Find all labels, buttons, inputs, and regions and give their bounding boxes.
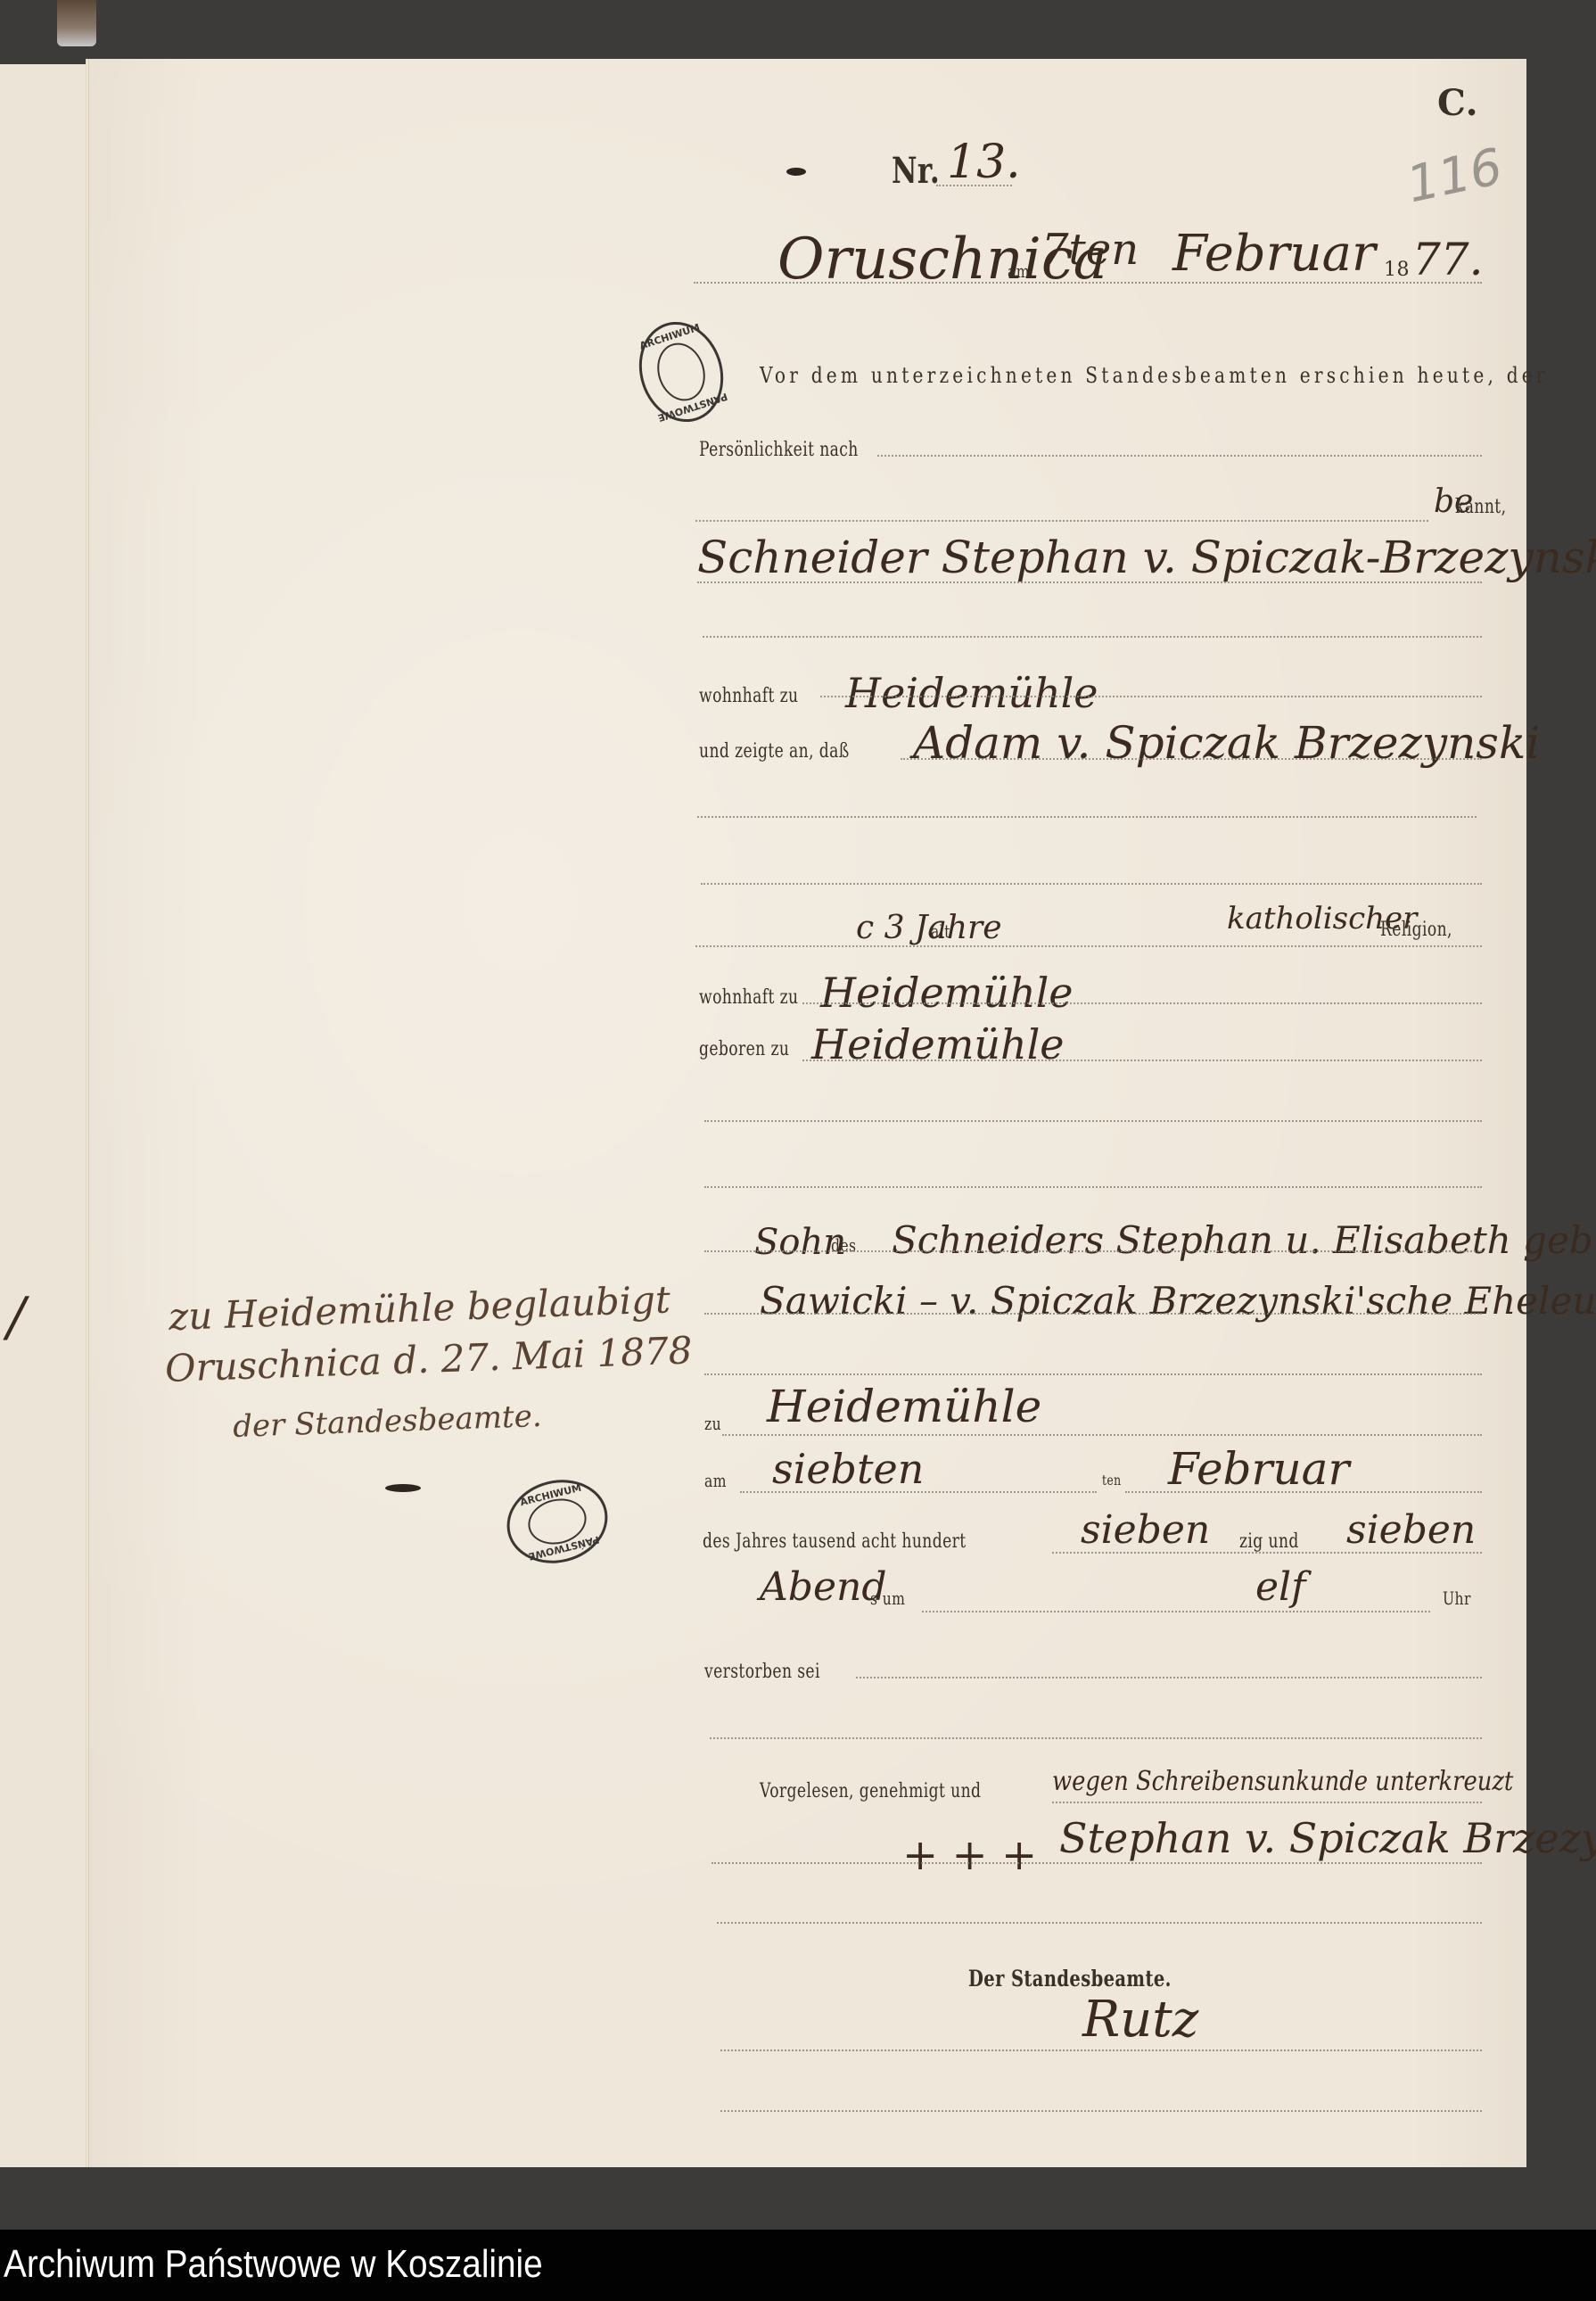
blank-line-2 <box>704 1186 1482 1188</box>
entry-number-value: 13. <box>947 136 1021 189</box>
ten-label: ten <box>1102 1472 1122 1489</box>
persoenlichkeit-label: Persönlichkeit nach <box>699 439 859 461</box>
age-value: c 3 Jahre <box>856 910 1002 946</box>
bekannt-label: kannt, <box>1455 496 1506 518</box>
deceased-line <box>901 758 1482 760</box>
officer-signature: Rutz <box>1082 1991 1198 2049</box>
parents-des-label: des <box>831 1234 856 1256</box>
signature-marks: + + + <box>902 1830 1037 1880</box>
deceased-name: Adam v. Spiczak Brzezynski <box>913 717 1540 769</box>
vorgelesen-label: Vorgelesen, genehmigt und <box>760 1780 981 1802</box>
vorgelesen-line <box>1052 1802 1482 1803</box>
wohnhaft-label-2: wohnhaft zu <box>699 986 798 1009</box>
death-hour: elf <box>1255 1564 1305 1610</box>
ink-mark <box>385 1484 421 1492</box>
informant-signature: Stephan v. Spiczak Brzezy <box>1059 1814 1596 1862</box>
uhr-label: Uhr <box>1443 1588 1471 1609</box>
entry-number-label: Nr. <box>892 150 940 192</box>
verstorben-label: verstorben sei <box>704 1661 820 1683</box>
alt-label: alt <box>931 920 950 942</box>
parents-line-1-rule <box>704 1250 1482 1252</box>
age-religion-line <box>695 945 1482 947</box>
date-line <box>694 282 1482 284</box>
wohnhaft-line-2 <box>802 1002 1482 1004</box>
year-units: sieben <box>1346 1507 1476 1553</box>
archive-footer-banner: Archiwum Państwowe w Koszalinie <box>0 2230 1596 2301</box>
parents-line-1: Schneiders Stephan u. Elisabeth geb. <box>892 1218 1596 1262</box>
zu-label: zu <box>704 1413 721 1434</box>
deceased-line-2 <box>697 816 1477 818</box>
geboren-label: geboren zu <box>699 1038 789 1060</box>
death-place: Heidemühle <box>767 1381 1041 1432</box>
death-day-line <box>740 1491 1097 1493</box>
wohnhaft-value-1: Heidemühle <box>845 669 1098 717</box>
des-jahres-label: des Jahres tausend acht hundert <box>703 1530 967 1553</box>
ink-mark <box>786 168 806 176</box>
blank-line-1 <box>704 1120 1482 1122</box>
left-page-edge: / <box>0 64 89 2167</box>
informant-name: Schneider Stephan v. Spiczak-Brzezynski <box>697 532 1596 583</box>
death-month-line <box>1125 1491 1482 1493</box>
wohnhaft-label-1: wohnhaft zu <box>699 685 798 707</box>
blank-line-3 <box>710 1737 1482 1739</box>
archive-institution-name: Archiwum Państwowe w Koszalinie <box>4 2242 543 2287</box>
officer-title: Der Standesbeamte. <box>968 1966 1172 1992</box>
year-prefix: 18 <box>1384 259 1410 281</box>
zig-und-label: zig und <box>1239 1530 1299 1553</box>
am-label: am <box>704 1470 727 1491</box>
death-day: siebten <box>772 1445 924 1493</box>
informant-line <box>697 581 1482 583</box>
year-suffix: 77. <box>1412 234 1484 285</box>
parents-line-2: Sawicki – v. Spiczak Brzezynski'sche Ehe… <box>760 1279 1596 1323</box>
zeigte-an-label: und zeigte an, daß <box>699 740 850 763</box>
officer-line <box>720 2049 1482 2051</box>
year-line <box>1052 1552 1482 1554</box>
binding-thread <box>57 0 96 46</box>
date-am-label: am <box>1008 260 1030 282</box>
wohnhaft-line-1 <box>820 696 1482 697</box>
parents-line-3-rule <box>704 1373 1482 1375</box>
form-intro: Vor dem unterzeichneten Standesbeamten e… <box>760 363 1359 388</box>
officer-line-2 <box>720 2110 1482 2112</box>
corner-letter: C. <box>1437 82 1478 124</box>
year-tens: sieben <box>1081 1507 1210 1553</box>
time-line <box>922 1611 1430 1612</box>
verstorben-line <box>856 1677 1482 1678</box>
vorgelesen-handwritten: wegen Schreibensunkunde unterkreuzt <box>1052 1766 1513 1797</box>
religion-label: Religion, <box>1380 919 1452 941</box>
s-um-label: s um <box>870 1588 905 1609</box>
informant-line-2 <box>703 636 1482 638</box>
signature-line-2 <box>717 1922 1482 1924</box>
wohnhaft-value-2: Heidemühle <box>820 969 1074 1017</box>
persoenlichkeit-line <box>877 455 1482 457</box>
time-of-day: Abend <box>760 1564 886 1610</box>
deceased-line-3 <box>701 883 1482 885</box>
bekannt-line <box>695 520 1428 522</box>
registry-month: Februar <box>1172 225 1376 283</box>
parents-line-2-rule <box>704 1313 1482 1315</box>
geboren-line <box>802 1060 1482 1061</box>
death-place-line <box>722 1434 1482 1436</box>
page-fold <box>86 59 89 2167</box>
left-page-handwriting-fragment: / <box>7 1286 25 1348</box>
registry-day: 7ten <box>1041 225 1139 275</box>
death-month: Februar <box>1168 1443 1349 1495</box>
signature-line-1 <box>712 1862 1482 1864</box>
entry-number-line <box>936 185 1012 186</box>
